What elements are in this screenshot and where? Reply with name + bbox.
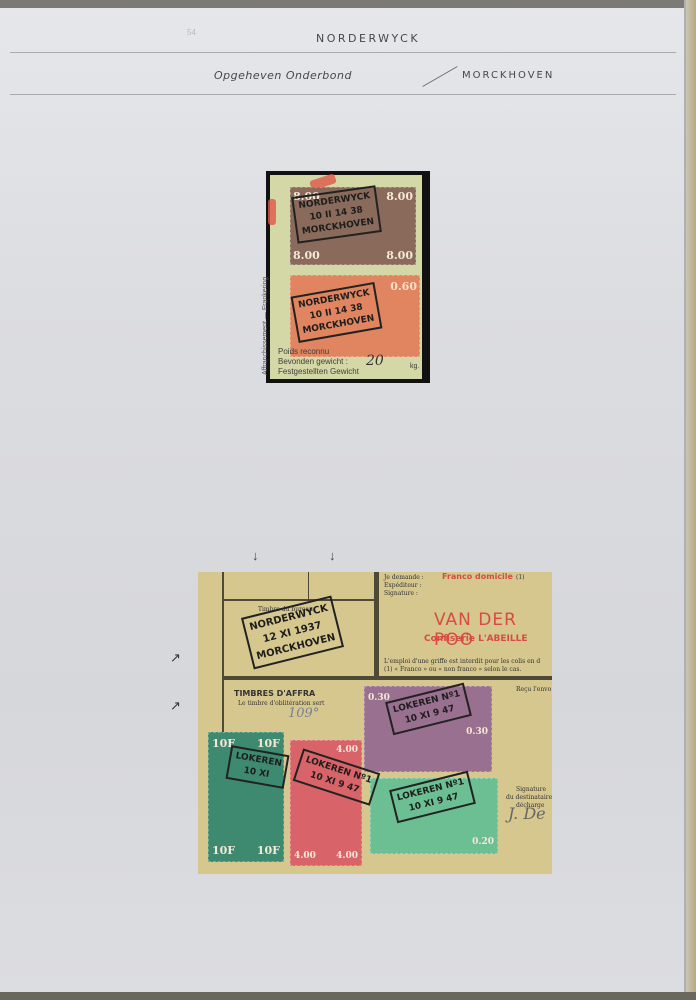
album-top-edge xyxy=(0,0,696,8)
company-name: VAN DER POO xyxy=(434,610,552,650)
postmark: NORDERWYCK 12 XI 1937 MORCKHOVEN xyxy=(241,596,344,670)
weight-form: Poids reconnu Bevonden gewicht : Festges… xyxy=(278,347,359,377)
weight-unit: kg. xyxy=(410,363,419,370)
handwritten-weight: 20 xyxy=(366,353,384,369)
arrow-ne-icon: ↗ xyxy=(170,698,181,714)
pencil-note: 54 xyxy=(187,28,196,37)
destination-name: MORCKHOVEN xyxy=(462,70,554,81)
station-title: NORDERWYCK xyxy=(316,32,420,45)
arrow-ne-icon: ↗ xyxy=(170,650,181,666)
album-page: 54 NORDERWYCK Opgeheven Onderbond MORCKH… xyxy=(0,0,686,992)
handwritten-signature: J. De xyxy=(508,804,546,823)
line-name: Opgeheven Onderbond xyxy=(214,69,352,82)
company-subtitle: Confiserie L'ABEILLE xyxy=(424,634,528,644)
arrow-down-icon: ↓ xyxy=(252,548,259,563)
lower-form-piece: Timbre du bureau Je demande : Franco dom… xyxy=(198,572,552,874)
red-mark xyxy=(268,199,276,225)
album-bottom-edge xyxy=(0,992,696,1000)
handwritten-amount: 109° xyxy=(288,706,319,721)
handwritten-slash xyxy=(422,66,457,87)
side-text: Affranchissement — Frankering xyxy=(262,277,269,375)
upper-stamp-piece: Affranchissement — Frankering 8.00 8.00 … xyxy=(266,171,430,383)
franco-stamp: Franco domicile xyxy=(442,572,513,581)
album-right-edge xyxy=(686,0,696,1000)
ruled-line xyxy=(10,52,676,53)
arrow-down-icon: ↓ xyxy=(329,548,336,563)
ruled-line xyxy=(10,94,676,95)
